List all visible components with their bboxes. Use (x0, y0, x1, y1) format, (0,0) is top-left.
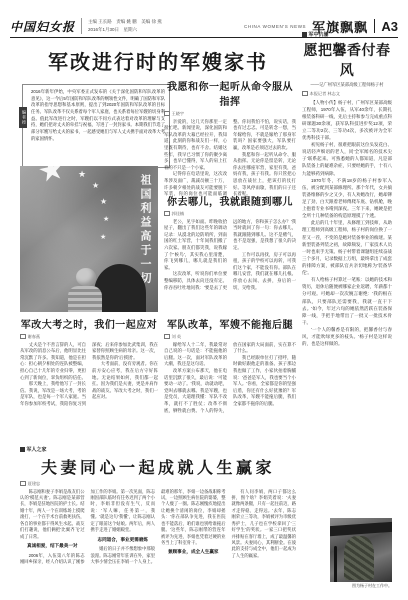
paragraph: 丈夫是个不善言辞的人，可自从军改的消息公布后，他明显比往常沉默了许多。我知道，他… (20, 342, 86, 382)
newspaper-logo: 中国妇女报 (10, 18, 75, 35)
byline-box-icon (20, 481, 26, 487)
article-body: 老公，见字如面。昨晚收拾屋子，翻出了我们这些年的调动记录：从漠北的边防哨所，到南… (164, 219, 296, 315)
star-icon: ★ (78, 170, 86, 179)
paragraph: 此后的几十年里，从修理工到技师，从助理工程师到高级工程师，杨子村的岗位换了一茬又… (302, 219, 392, 276)
bottom-body: 陈志刚和妻子李娟是战友们公认的'模范夫妻'。陈志刚是某部营长，李娟是驻地医院的护… (20, 489, 296, 600)
feature-photo (330, 518, 392, 582)
bottom-byline: 聂建忠 (20, 481, 296, 487)
article-letter-3: 军改大考之时，我们一起应对 谢春燕 丈夫是个不善言辞的人，可自从军改的消息公布后… (20, 316, 158, 448)
article-body: 嫁给军人十二年，我最常对自己说的一句话是：不能拖他的后腿。这一次，面对军队改革的… (164, 342, 296, 448)
article-headline: 你去哪儿，我就跟随到哪儿 (164, 193, 296, 208)
star-icon: ★ (100, 234, 106, 241)
section-kicker: 军人之家 (20, 446, 296, 453)
paragraph: 我已经跟单位打了招呼，随时做好跟他走的准备。孩子那边我也做了工作，小家伙拍着胸脯… (233, 355, 296, 408)
paragraph: 初见杨子村，很难把眼前这位头发花白、说话轻声细语的老人，同'全军闻名的技术尖子'… (302, 141, 392, 177)
photo-child-body (68, 286, 102, 312)
date-line: 2016年1月30日 星期六 (88, 26, 162, 34)
paragraph: 亲爱的，这几天你那里一定很忙吧。新闻里说，深化国防和军队改革的大幕已经拉开，我知… (164, 119, 227, 172)
english-name: CHINA WOMEN'S NEWS (244, 24, 306, 29)
byline-box-icon (20, 334, 26, 340)
article-byline: 郭佳楠 (164, 211, 296, 217)
article-byline: 刘 英 (164, 334, 296, 340)
subhead: 志同道合，事业更需磨炼 (91, 537, 156, 544)
feature-headline: 愿把馨香付春风 (302, 40, 392, 80)
article-letter-4: 军队改革，军嫂不能拖后腿 刘 英 嫁给军人十二年，我最常对自己说的一句话是：不能… (164, 316, 296, 448)
article-letter-2: 你去哪儿，我就跟随到哪儿 郭佳楠 老公，见字如面。昨晚收拾屋子，翻出了我们这些年… (164, 193, 296, 315)
star-icon: ★ (92, 182, 99, 190)
article-byline: 王晓宇 (164, 111, 296, 117)
feature-photo-caption: 图为杨子村在工作中。 (302, 583, 392, 589)
main-headline: 军改进行时的军嫂家书 (18, 46, 298, 75)
paragraph: 工作可以再找，房子可以再租，孩子的学校可以再转，可我们这个家，不能没有你。部队在… (233, 252, 296, 292)
paragraph: 嫁给军人十二年，我最常对自己说的一句话是：不能拖他的后腿。这一次，面对军队改革的… (164, 342, 227, 368)
photo-soldier-figure (344, 536, 374, 580)
byline-box-icon (164, 111, 170, 117)
paragraph: 有人问李娟，两口子都这么拼，图个啥？李娟笑着说：'夫妻就像两条腿，只有一起往前迈… (232, 489, 297, 560)
kicker-mark-icon (20, 447, 25, 452)
bottom-feature: 军人之家 夫妻同心一起成就人生赢家 聂建忠 陈志刚和妻子李娟是战友们公认的'模范… (20, 446, 296, 596)
star-icon: ★ (100, 198, 107, 206)
paragraph: 有人给杨子村算过一笔账：以她的技术和资历，退休后随便被哪家企业返聘，年薪都十分可… (302, 276, 392, 326)
paragraph: 我愿和你一起听从命令、服从指挥。无论你是留是转，无论你去往哪座军营，家里有我，爸… (233, 152, 296, 198)
article-headline: 军队改革，军嫂不能拖后腿 (164, 316, 296, 331)
feature-kicker: 军中伉俪 (302, 31, 392, 38)
paragraph: 1970年冬，不满18岁的杨子村参军入伍，被分配到某部修理所。那个年代，女兵搞装… (302, 177, 392, 220)
photo-child-figure (76, 268, 96, 286)
paragraph: '一个人的馨香是有限的，把馨香付与春风，才能吹绿更多的枝头。'杨子村是这样说的，… (302, 326, 392, 347)
photo-slogan-calligraphy: 祖国利益高于一切 (137, 174, 153, 286)
article-body: 亲爱的，这几天你那里一定很忙吧。新闻里说，深化国防和军队改革的大幕已经拉开，我知… (164, 119, 296, 205)
article-byline: 谢春燕 (20, 334, 158, 340)
paragraph: 陈志刚和妻子李娟是战友们公认的'模范夫妻'。陈志刚是某部营长，李娟是驻地医院的护… (20, 489, 85, 541)
editor-note-box: 编者按 2016年新年伊始，中央军委正式发布的《关于深化国防和军队改革的意见》，… (22, 84, 170, 168)
feature-subtitle: ——记广州军区某部高级工程师杨子村 (302, 82, 392, 88)
article-headline: 军改大考之时，我们一起应对 (20, 316, 158, 331)
star-icon: ★ (103, 216, 109, 223)
article-letter-1: 我愿和你一起听从命令服从指挥 王晓宇 亲爱的，这几天你那里一定很忙吧。新闻里说，… (164, 78, 296, 205)
lead-photo: ★ ★ ★ ★ ★ ★ 祖国利益高于一切 (20, 166, 158, 312)
byline-box-icon (164, 211, 170, 217)
feature-body: 【人物小传】杨子村，广州军区某部高级工程师，1970年入伍，从军40余年，长期扎… (302, 99, 392, 513)
bottom-headline: 夫妻同心一起成就人生赢家 (20, 455, 296, 478)
subhead: 真诚相爱，结下最美一对 (20, 543, 85, 550)
article-body: 丈夫是个不善言辞的人，可自从军改的消息公布后，他明显比往常沉默了许多。我知道，他… (20, 342, 158, 448)
newspaper-page: 中国妇女报 主编 王长路 责编 姚 鹏 美编 徐 燕 2016年1月30日 星期… (0, 0, 408, 600)
feature-byline: 本报记者 林志文 (302, 91, 392, 97)
photo-cable (334, 546, 337, 582)
article-headline: 我愿和你一起听从命令服从指挥 (164, 78, 296, 108)
staff-line: 主编 王长路 责编 姚 鹏 美编 徐 燕 (88, 18, 162, 26)
paragraph: 大考面前，没有旁观者。你在前方安心应考，我在后方守好阵地。无论结果如何，我们都一… (92, 361, 158, 401)
photo-equipment-beam (330, 521, 392, 536)
paragraph: 老公，见字如面。昨晚收拾屋子，翻出了我们这些年的调动记录：从漠北的边防哨所，到南… (164, 219, 227, 272)
staff-date-block: 主编 王长路 责编 姚 鹏 美编 徐 燕 2016年1月30日 星期六 (81, 18, 162, 34)
editor-note-text: 2016年新年伊始，中央军委正式发布的《关于深化国防和军队改革的意见》，这一今后… (31, 89, 165, 141)
editor-note-label: 编者按 (19, 107, 27, 128)
byline-box-icon (164, 334, 170, 340)
kicker-mark-icon (302, 32, 307, 37)
right-feature-column: 军中伉俪 愿把馨香付春风 ——记广州军区某部高级工程师杨子村 本报记者 林志文 … (302, 31, 392, 597)
byline-box-icon (302, 91, 308, 97)
paragraph: 【人物小传】杨子村，广州军区某部高级工程师，1970年入伍，从军40余年，长期扎… (302, 99, 392, 142)
subhead: 兼顾事业，成全人生赢家 (161, 549, 226, 556)
